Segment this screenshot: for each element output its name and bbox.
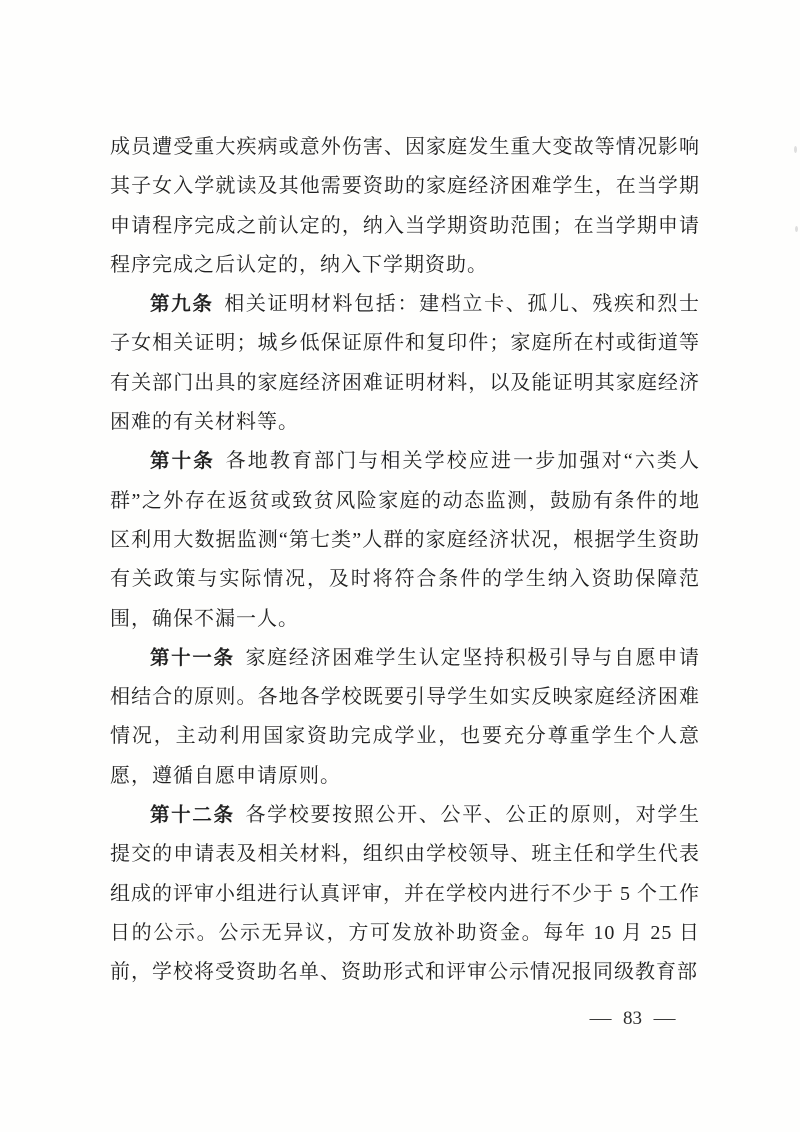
paragraph-continuation: 成员遭受重大疾病或意外伤害、因家庭发生重大变故等情况影响其子女入学就读及其他需要… [110,128,700,285]
paragraph-article-9: 第九条相关证明材料包括：建档立卡、孤儿、残疾和烈士子女相关证明；城乡低保证原件和… [110,285,700,442]
paragraph-text: 成员遭受重大疾病或意外伤害、因家庭发生重大变故等情况影响其子女入学就读及其他需要… [110,136,700,276]
scan-artifact [794,146,797,153]
paragraph-text: 各地教育部门与相关学校应进一步加强对“六类人群”之外存在返贫或致贫风险家庭的动态… [110,450,700,629]
page-number: 83 [623,1008,642,1030]
article-heading: 第十条 [150,450,215,472]
paragraph-article-11: 第十一条家庭经济困难学生认定坚持积极引导与自愿申请相结合的原则。各地各学校既要引… [110,639,700,796]
paragraph-article-12: 第十二条各学校要按照公开、公平、公正的原则，对学生提交的申请表及相关材料，组织由… [110,796,700,992]
document-page: 成员遭受重大疾病或意外伤害、因家庭发生重大变故等情况影响其子女入学就读及其他需要… [0,0,800,1132]
article-heading: 第十一条 [150,647,235,669]
article-heading: 第十二条 [150,804,235,826]
footer-dash-left: — [590,1008,612,1030]
scan-artifact [795,226,798,232]
footer-dash-right: — [654,1008,676,1030]
article-heading: 第九条 [150,293,213,315]
page-footer: — 83 — [0,1008,800,1030]
paragraph-article-10: 第十条各地教育部门与相关学校应进一步加强对“六类人群”之外存在返贫或致贫风险家庭… [110,442,700,638]
document-body: 成员遭受重大疾病或意外伤害、因家庭发生重大变故等情况影响其子女入学就读及其他需要… [0,0,800,993]
paragraph-text: 各学校要按照公开、公平、公正的原则，对学生提交的申请表及相关材料，组织由学校领导… [110,804,700,983]
